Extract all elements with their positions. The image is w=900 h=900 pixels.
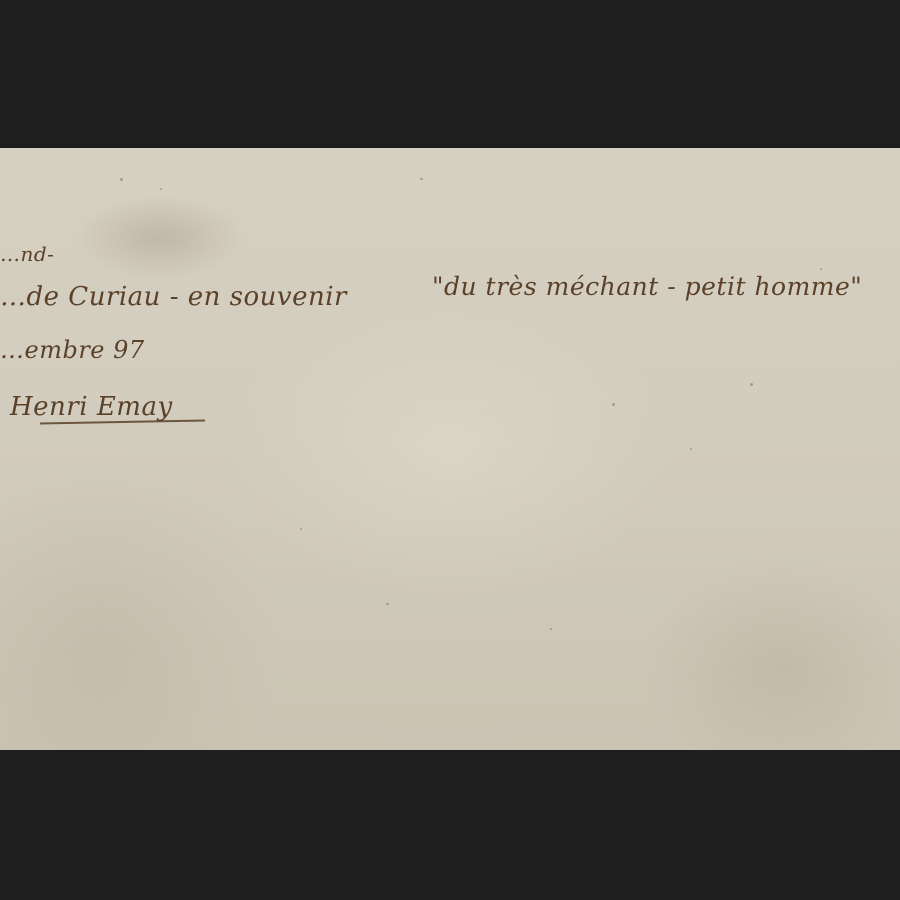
inscription-line-2: …de Curiau - en souvenir [0, 282, 347, 312]
letterbox-top [0, 0, 900, 148]
inscription-date: …embre 97 [0, 336, 145, 364]
letterbox-bottom [0, 750, 900, 900]
signature: Henri Emay [10, 392, 173, 422]
paper-sheet [0, 148, 900, 750]
inscription-line-1: …nd- [0, 242, 54, 266]
inscription-quote: "du très méchant - petit homme" [432, 272, 862, 301]
